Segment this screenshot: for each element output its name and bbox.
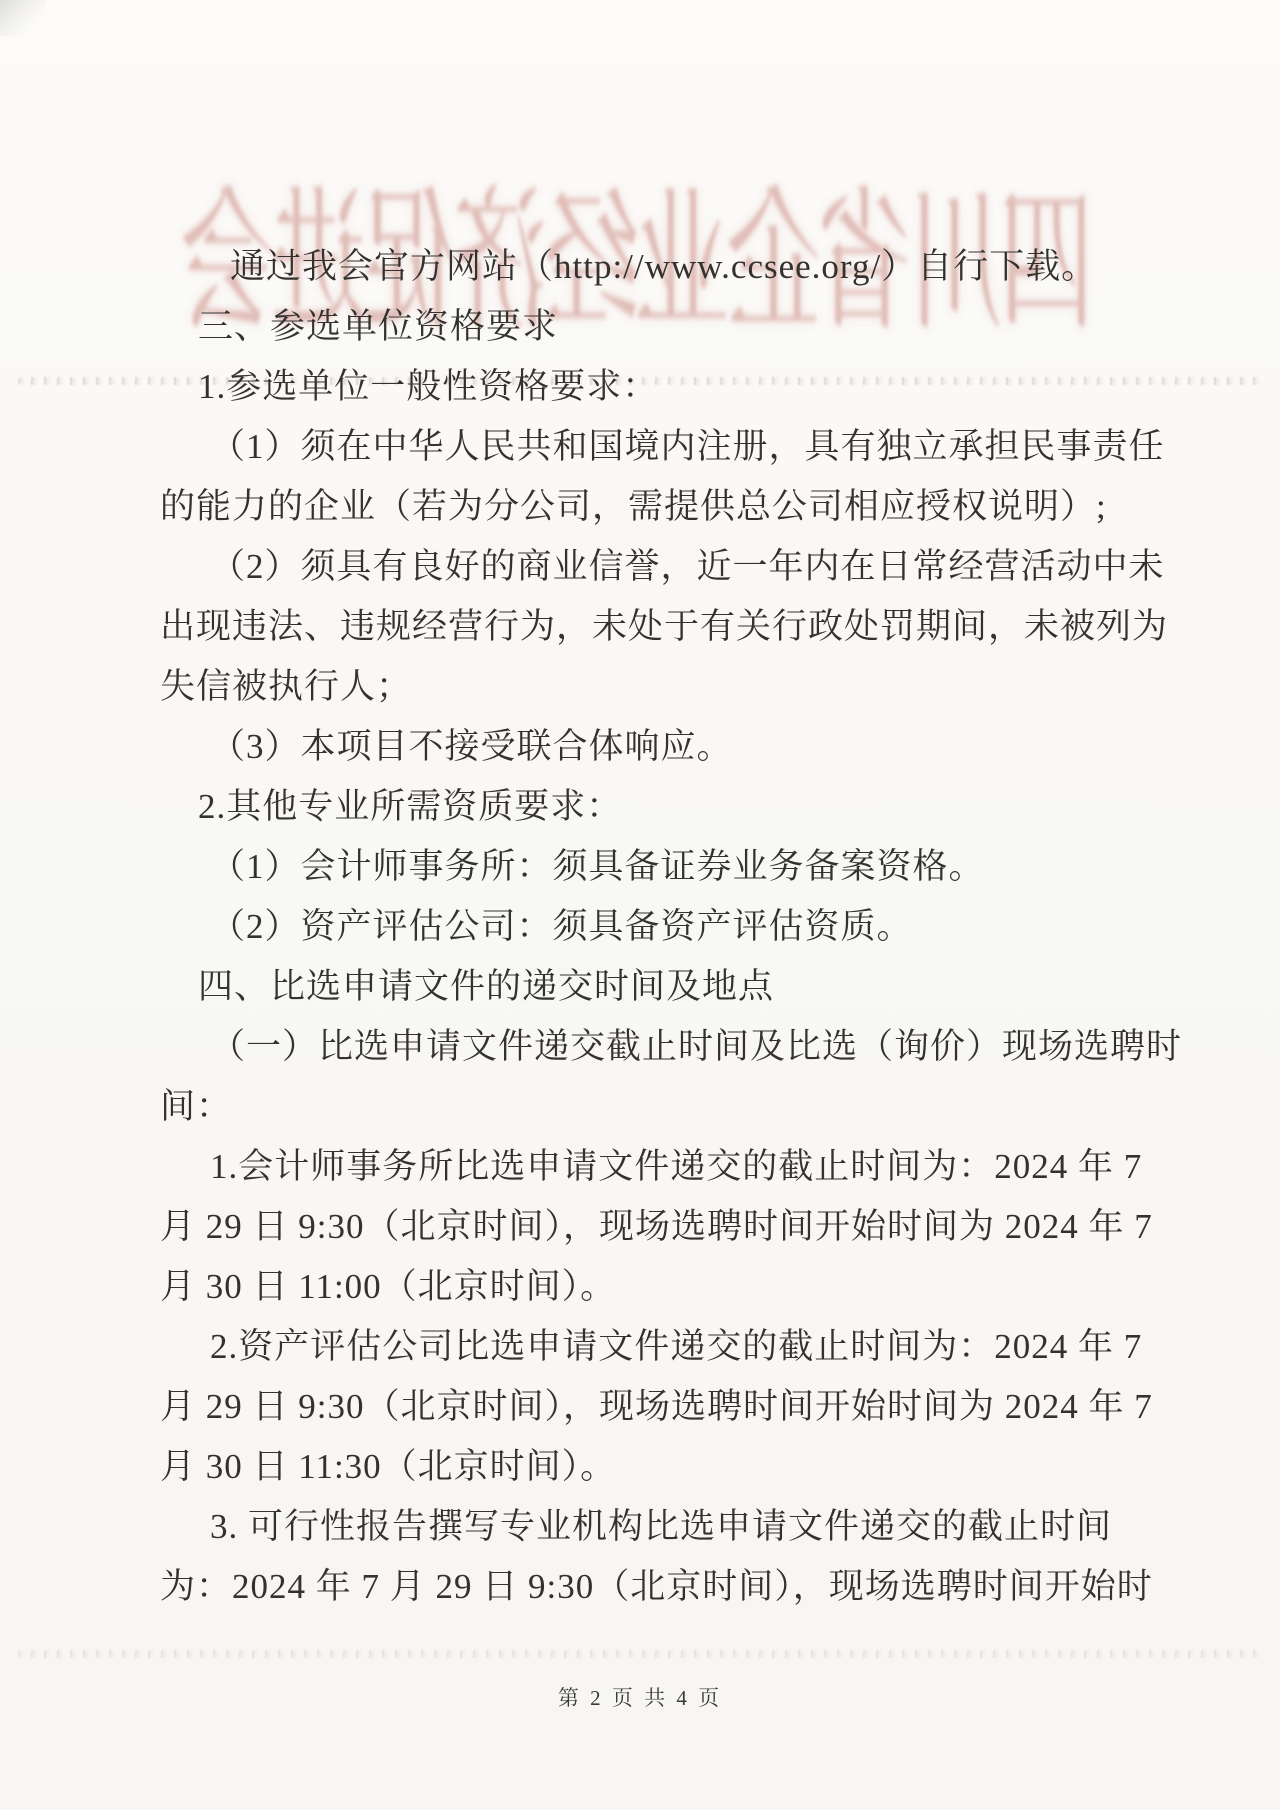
text-line: 月 30 日 11:00（北京时间）。 — [160, 1257, 1160, 1317]
text-line: （2）资产评估公司：须具备资产评估资质。 — [160, 897, 1160, 957]
text-line: 间： — [160, 1077, 1160, 1137]
text-line: 2.其他专业所需资质要求： — [160, 777, 1160, 837]
text-line: 1.参选单位一般性资格要求： — [160, 357, 1160, 417]
text-line: 月 30 日 11:30（北京时间）。 — [160, 1437, 1160, 1497]
text-line: 失信被执行人； — [160, 657, 1160, 717]
text-line: 2.资产评估公司比选申请文件递交的截止时间为：2024 年 7 — [160, 1317, 1160, 1377]
text-line: 为：2024 年 7 月 29 日 9:30（北京时间），现场选聘时间开始时 — [160, 1557, 1160, 1617]
page-number-footer: 第 2 页 共 4 页 — [0, 1682, 1280, 1712]
text-line: 1.会计师事务所比选申请文件递交的截止时间为：2024 年 7 — [160, 1137, 1160, 1197]
text-line: （一）比选申请文件递交截止时间及比选（询价）现场选聘时 — [160, 1017, 1160, 1077]
text-line: （2）须具有良好的商业信誉，近一年内在日常经营活动中未 — [160, 537, 1160, 597]
scanned-document-page: 四川省企业经济促进会 通过我会官方网站（http://www.ccsee.org… — [0, 0, 1280, 1810]
text-line: （3）本项目不接受联合体响应。 — [160, 717, 1160, 777]
text-line: （1）会计师事务所：须具备证券业务备案资格。 — [160, 837, 1160, 897]
text-line: 的能力的企业（若为分公司，需提供总公司相应授权说明）; — [160, 477, 1160, 537]
text-line: 出现违法、违规经营行为，未处于有关行政处罚期间，未被列为 — [160, 597, 1160, 657]
text-line: 四、比选申请文件的递交时间及地点 — [160, 957, 1160, 1017]
text-line: （1）须在中华人民共和国境内注册，具有独立承担民事责任 — [160, 417, 1160, 477]
text-line: 月 29 日 9:30（北京时间），现场选聘时间开始时间为 2024 年 7 — [160, 1197, 1160, 1257]
scan-corner-shadow — [0, 0, 46, 36]
text-line: 通过我会官方网站（http://www.ccsee.org/）自行下载。 — [160, 237, 1160, 297]
text-line: 三、参选单位资格要求 — [160, 297, 1160, 357]
scan-streak-bottom — [18, 1650, 1262, 1658]
text-line: 月 29 日 9:30（北京时间），现场选聘时间开始时间为 2024 年 7 — [160, 1377, 1160, 1437]
text-line: 3. 可行性报告撰写专业机构比选申请文件递交的截止时间 — [160, 1497, 1160, 1557]
document-text-body: 通过我会官方网站（http://www.ccsee.org/）自行下载。三、参选… — [160, 237, 1160, 1617]
